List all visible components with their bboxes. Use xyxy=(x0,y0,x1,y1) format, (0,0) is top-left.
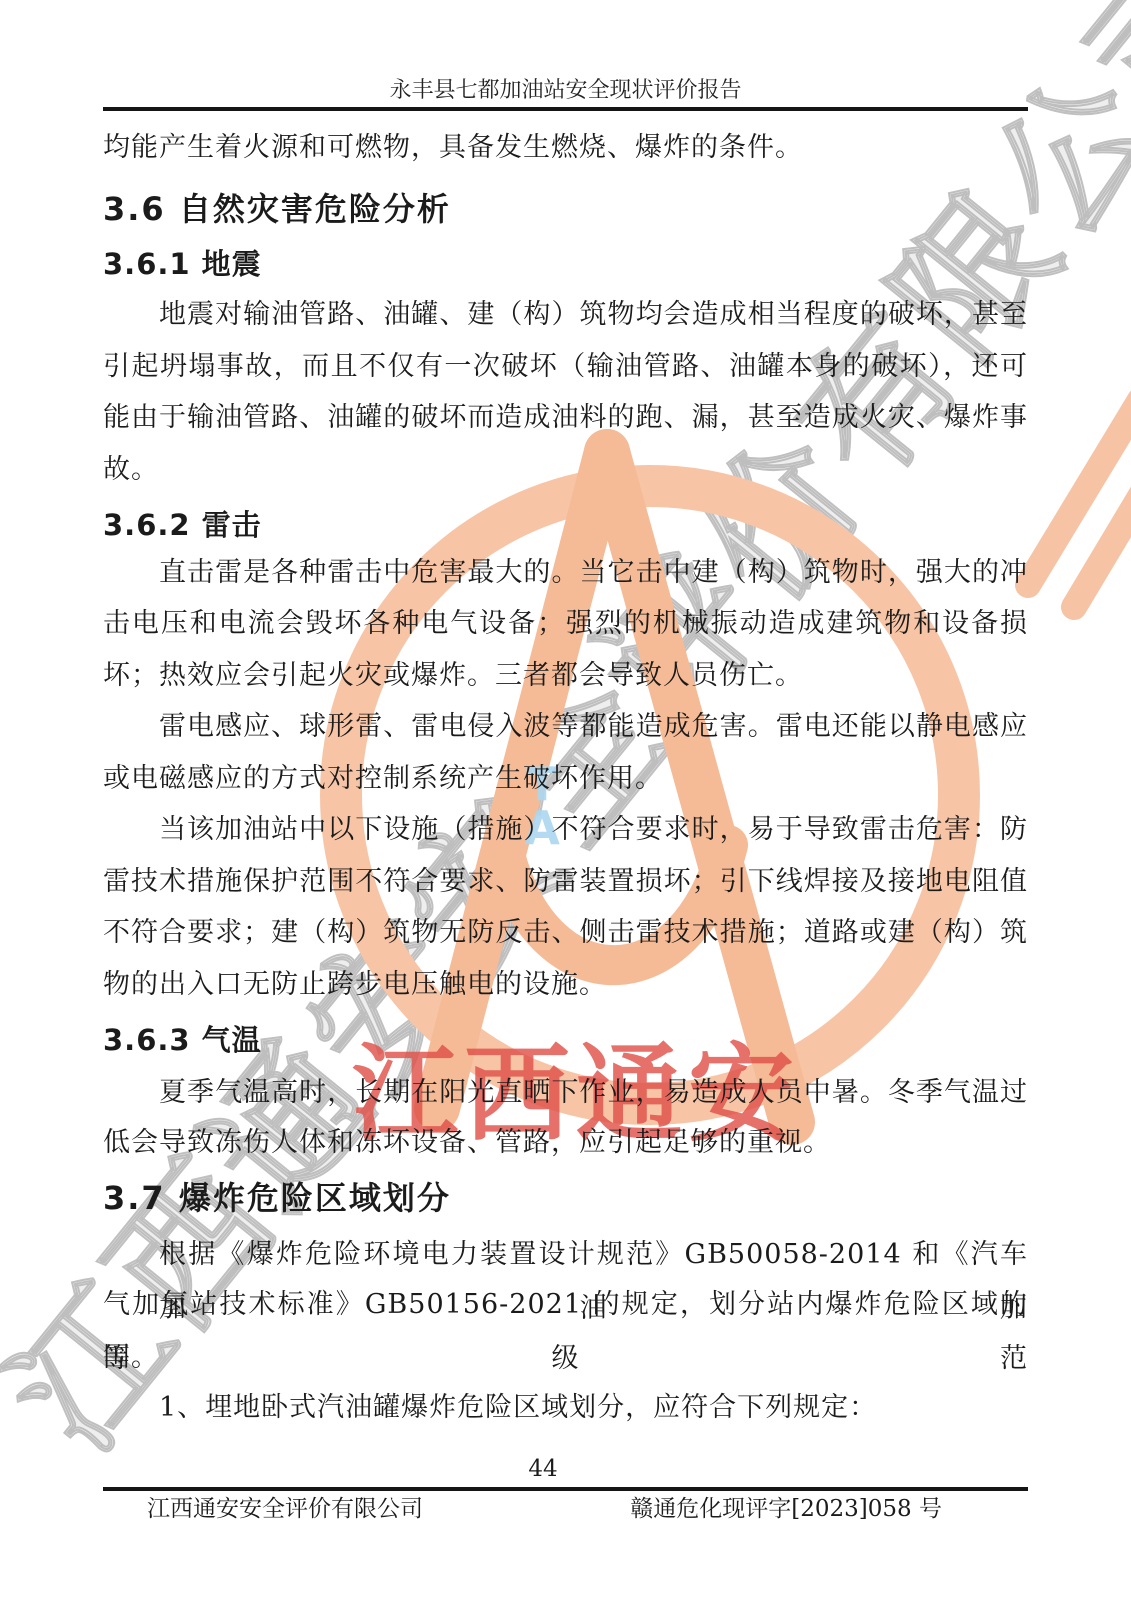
section-heading-3-6: 3.6 自然灾害危险分析 xyxy=(103,182,1028,236)
body-line: 雷技术措施保护范围不符合要求、防雷装置损坏；引下线焊接及接地电阻值 xyxy=(103,855,1028,909)
body-line: 地震对输油管路、油罐、建（构）筑物均会造成相当程度的破坏，甚至 xyxy=(103,288,1028,342)
body-line: 不符合要求；建（构）筑物无防反击、侧击雷技术措施；道路或建（构）筑 xyxy=(103,906,1028,960)
body-line: 根据《爆炸危险环境电力装置设计规范》GB50058-2014 和《汽车加油加 xyxy=(103,1228,1028,1282)
subsection-heading-3-6-3: 3.6.3 气温 xyxy=(103,1013,1028,1067)
footer-company-name: 江西通安安全评价有限公司 xyxy=(147,1494,423,1524)
body-line: 低会导致冻伤人体和冻坏设备、管路，应引起足够的重视。 xyxy=(103,1116,1028,1170)
section-heading-3-7: 3.7 爆炸危险区域划分 xyxy=(103,1171,1028,1225)
body-line: 击电压和电流会毁坏各种电气设备；强烈的机械振动造成建筑物和设备损 xyxy=(103,597,1028,651)
body-line: 气加氢站技术标准》GB50156-2021 的规定，划分站内爆炸危险区域的等级范 xyxy=(103,1278,1028,1332)
body-line: 雷电感应、球形雷、雷电侵入波等都能造成危害。雷电还能以静电感应 xyxy=(103,700,1028,754)
body-line: 物的出入口无防止跨步电压触电的设施。 xyxy=(103,958,1028,1012)
body-line: 能由于输油管路、油罐的破坏而造成油料的跑、漏，甚至造成火灾、爆炸事 xyxy=(103,391,1028,445)
footer-document-number: 赣通危化现评字[2023]058 号 xyxy=(630,1494,942,1524)
page-number: 44 xyxy=(0,1454,1086,1484)
body-line: 夏季气温高时，长期在阳光直晒下作业，易造成人员中暑。冬季气温过 xyxy=(103,1066,1028,1120)
subsection-heading-3-6-2: 3.6.2 雷击 xyxy=(103,498,1028,552)
document-content: 永丰县七都加油站安全现状评价报告 均能产生着火源和可燃物，具备发生燃烧、爆炸的条… xyxy=(0,0,1131,1600)
body-line: 均能产生着火源和可燃物，具备发生燃烧、爆炸的条件。 xyxy=(103,121,1028,175)
body-line: 故。 xyxy=(103,443,1028,497)
body-line: 围。 xyxy=(103,1331,1028,1385)
header-rule xyxy=(103,107,1028,111)
body-line: 1、埋地卧式汽油罐爆炸危险区域划分，应符合下列规定： xyxy=(103,1381,1028,1435)
report-page: 江西通安安全评价有限公司 T A 江西通安 永丰县七都加油站安全现状评价报告 均… xyxy=(0,0,1131,1600)
subsection-heading-3-6-1: 3.6.1 地震 xyxy=(103,237,1028,291)
body-line: 当该加油站中以下设施（措施）不符合要求时，易于导致雷击危害：防 xyxy=(103,803,1028,857)
footer-rule xyxy=(103,1487,1028,1491)
body-line: 直击雷是各种雷击中危害最大的。当它击中建（构）筑物时，强大的冲 xyxy=(103,546,1028,600)
body-line: 引起坍塌事故，而且不仅有一次破坏（输油管路、油罐本身的破坏），还可 xyxy=(103,340,1028,394)
body-line: 或电磁感应的方式对控制系统产生破坏作用。 xyxy=(103,752,1028,806)
page-header-title: 永丰县七都加油站安全现状评价报告 xyxy=(0,75,1131,107)
body-line: 坏；热效应会引起火灾或爆炸。三者都会导致人员伤亡。 xyxy=(103,649,1028,703)
